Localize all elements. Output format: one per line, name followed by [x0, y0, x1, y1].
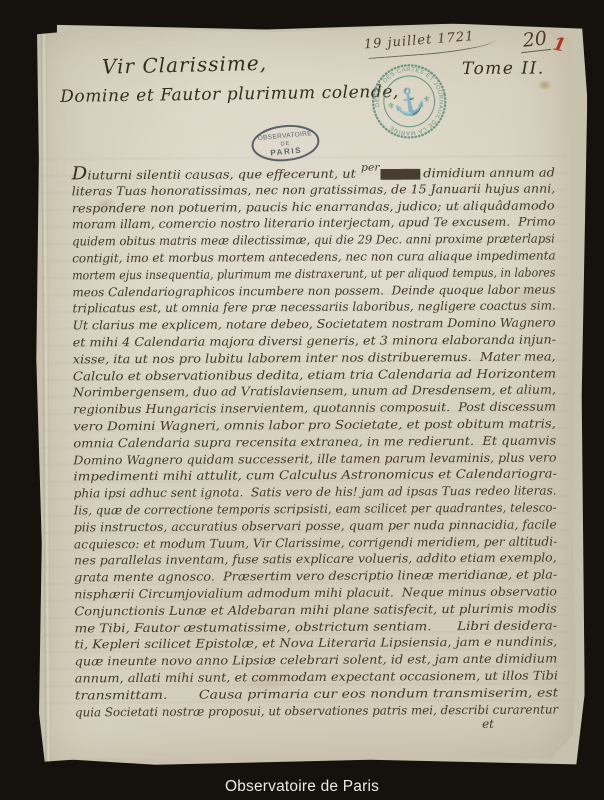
manuscript-line: respondere non potuerim, paucis hic enar…	[72, 198, 555, 215]
inserted-word: per	[361, 163, 380, 174]
manuscript-line: vero Domini Wagneri, omnis labor pro Soc…	[73, 416, 556, 433]
manuscript-line: phia ipsi adhuc sent ignota. Satis vero …	[74, 484, 557, 501]
observatoire-stamp: OBSERVATOIRE DE PARIS	[249, 121, 322, 165]
manuscript-line: omnia Calendaria supra recensita extrane…	[73, 433, 556, 450]
manuscript-line: nes parallelas inventam, fuse satis expl…	[74, 551, 557, 568]
manuscript-line: et mihi 4 Calendaria majora diversi gene…	[73, 332, 557, 349]
line1-post: dimidium annum ad	[419, 165, 555, 180]
letter-body: Diuturni silentii causas, que effecerunt…	[72, 160, 558, 717]
struck-out-word: ██████	[381, 170, 420, 180]
manuscript-line: Norimbergensem, duo ad Vratislaviensem, …	[73, 383, 556, 400]
manuscript-line: piis instructos, accuratius observari po…	[74, 517, 557, 534]
manuscript-line: moram illam, comercio nostro literario i…	[72, 215, 555, 232]
salutation-line-2: Domine et Fautor plurimum colende,	[60, 82, 399, 107]
manuscript-line: ti, Kepleri scilicet Epistolæ, et Nova L…	[74, 635, 557, 652]
fold-crease	[41, 28, 52, 765]
manuscript-line: Domino Wagnero quidam successerit, ille …	[73, 450, 556, 467]
manuscript-line: quidem obitus matris meæ dilectissimæ, q…	[72, 232, 555, 249]
manuscript-line: me Tibi, Fautor æstumatissime, obstrictu…	[74, 618, 557, 635]
fleur-de-lis-right-icon: ⚜	[422, 93, 432, 104]
catchword: et	[458, 717, 518, 731]
manuscript-page: 19 juillet 1721 20 1 Tome II. Vir Claris…	[34, 24, 578, 764]
manuscript-line: impedimenti mihi attulit, cum Calculus A…	[73, 467, 557, 484]
manuscript-line: triplicatus est, ut omnia fere præ neces…	[72, 299, 556, 316]
red-ink-mark: 1	[551, 33, 568, 56]
manuscript-line: Calculo et observationibus dedita, etiam…	[73, 366, 556, 383]
manuscript-line: nisphærii Circumjovialium admodum mihi p…	[74, 584, 557, 601]
manuscript-line: regionibus Hungaricis inservientem, quot…	[73, 400, 556, 417]
manuscript-line: annum, allati mihi sunt, et commodam exp…	[75, 668, 558, 685]
manuscript-line: meos Calendariographicos incumbere non p…	[72, 282, 555, 299]
manuscript-line: transmittam. Causa primaria cur eos nond…	[75, 685, 558, 702]
manuscript-photo: 19 juillet 1721 20 1 Tome II. Vir Claris…	[0, 0, 604, 800]
manuscript-line: acquiesco: et modum Tuum, Vir Clarissime…	[74, 534, 557, 551]
manuscript-line: xisse, ita ut nos pro lubitu laborem int…	[73, 349, 556, 366]
tome-label: Tome II.	[462, 59, 545, 80]
manuscript-line: contigit, imo et morbus mortem anteceden…	[72, 248, 556, 265]
manuscript-line: mortem ejus insequentia, plurimum me dis…	[72, 265, 555, 282]
line1-pre: Diuturni silentii causas, que effecerunt…	[72, 167, 360, 183]
manuscript-line: literas Tuas honoratissimas, nec non gra…	[72, 181, 556, 198]
caption: Observatoire de Paris	[0, 778, 604, 796]
stamp-text-line3: PARIS	[270, 146, 303, 158]
manuscript-line: Iis, quæ de correctione temporis scripsi…	[74, 500, 557, 517]
manuscript-line: grata mente agnosco. Præsertim vero desc…	[74, 568, 557, 585]
folio-number: 20	[519, 27, 552, 53]
manuscript-line: Conjunctionis Lunæ et Aldebaran mihi pla…	[74, 601, 557, 618]
manuscript-line: quæ ineunte novo anno Lipsiæ celebrari s…	[75, 652, 558, 669]
salutation-line-1: Vir Clarissime,	[102, 51, 268, 79]
manuscript-line: Ut clarius me explicem, notare debeo, So…	[73, 316, 556, 333]
paper-stain	[537, 79, 552, 90]
marine-depot-stamp: DÉPÔT·DES·CARTES·ET·JOURNAUX·DE·LA·MARIN…	[364, 56, 455, 147]
